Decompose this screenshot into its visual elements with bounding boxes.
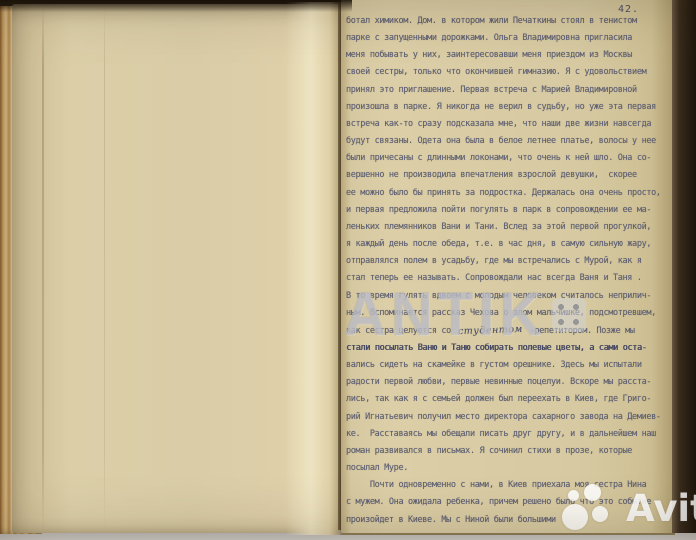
- typed-line: и первая предложила пойти погулять в пар…: [346, 202, 674, 219]
- typed-line: роман развивался в письмах. Я сочинил ст…: [346, 443, 674, 460]
- typed-line: вались сидеть на скамейке в густом орешн…: [346, 357, 674, 374]
- typed-line: вершенно не производила впечатления взро…: [346, 167, 674, 184]
- typed-line: стал теперь ее называть. Сопровождали на…: [346, 270, 674, 287]
- typed-line: будут связаны. Одета она была в белое ле…: [346, 133, 674, 150]
- typed-line: леньких племянников Вани и Тани. Вслед з…: [346, 219, 674, 236]
- typed-line: принял это приглашение. Первая встреча с…: [346, 82, 674, 99]
- typed-line: я каждый день после обеда, т.е. в час дн…: [346, 236, 674, 253]
- typed-line: Почти одновременно с нами, в Киев приеха…: [346, 477, 674, 494]
- typed-line: отправлялся полем в усадьбу, где мы встр…: [346, 253, 674, 270]
- typed-line: произойдет в Киеве. Мы с Ниной были боль…: [346, 512, 674, 529]
- typed-line: рий Игнатьевич получил место директора с…: [346, 409, 674, 426]
- typed-line: своей сестры, только что окончившей гимн…: [346, 64, 674, 81]
- typed-line: встреча как-то сразу подсказала мне, что…: [346, 116, 674, 133]
- top-shadow: [0, 0, 352, 12]
- typed-line-segment: как сестра целуется со: [346, 326, 451, 336]
- typed-line: произошла в парке. Я никогда не верил в …: [346, 99, 674, 116]
- typed-manuscript-page: 42. ботал химиком. Дом. в котором жили П…: [341, 0, 675, 535]
- typed-line: с мужем. Она ожидала ребенка, причем реш…: [346, 494, 674, 511]
- page-crease: [104, 4, 105, 533]
- typed-line: меня побывать у них, заинтересовавши мен…: [346, 47, 674, 64]
- typed-line: В то время гулять вдвоем с молодым челов…: [346, 288, 674, 305]
- typed-line: стали посылать Ваню и Таню собирать поле…: [346, 340, 674, 357]
- book-gutter: [286, 2, 342, 535]
- typed-line: радости первой любви, первые невинные по…: [346, 374, 674, 391]
- typed-line: ным. Вспоминается рассказ Чехова о злом …: [346, 305, 674, 322]
- typed-line: были причесаны с длинными локонами, что …: [346, 150, 674, 167]
- typed-line: посылал Муре.: [346, 460, 674, 477]
- typed-lines: ботал химиком. Дом. в котором жили Печат…: [346, 13, 674, 529]
- typed-line: ее можно было бы принять за подростка. Д…: [346, 185, 674, 202]
- typed-line-segment: -репетитором. Позже мы: [530, 326, 635, 336]
- handwritten-word: студентом: [458, 321, 523, 340]
- typed-line: парке с запущенными дорожками. Ольга Вла…: [346, 30, 674, 47]
- typed-line: лись, так как я с семьей должен был пере…: [346, 391, 674, 408]
- page-crease: [42, 4, 44, 533]
- typed-line: ботал химиком. Дом. в котором жили Печат…: [346, 13, 674, 30]
- typed-line: как сестра целуется состудентом-репетито…: [346, 322, 674, 340]
- typed-line: ке. Расставаясь мы обещали писать друг д…: [346, 426, 674, 443]
- book-cover-edge: [672, 0, 696, 533]
- open-book-photo: 42. ботал химиком. Дом. в котором жили П…: [0, 0, 696, 540]
